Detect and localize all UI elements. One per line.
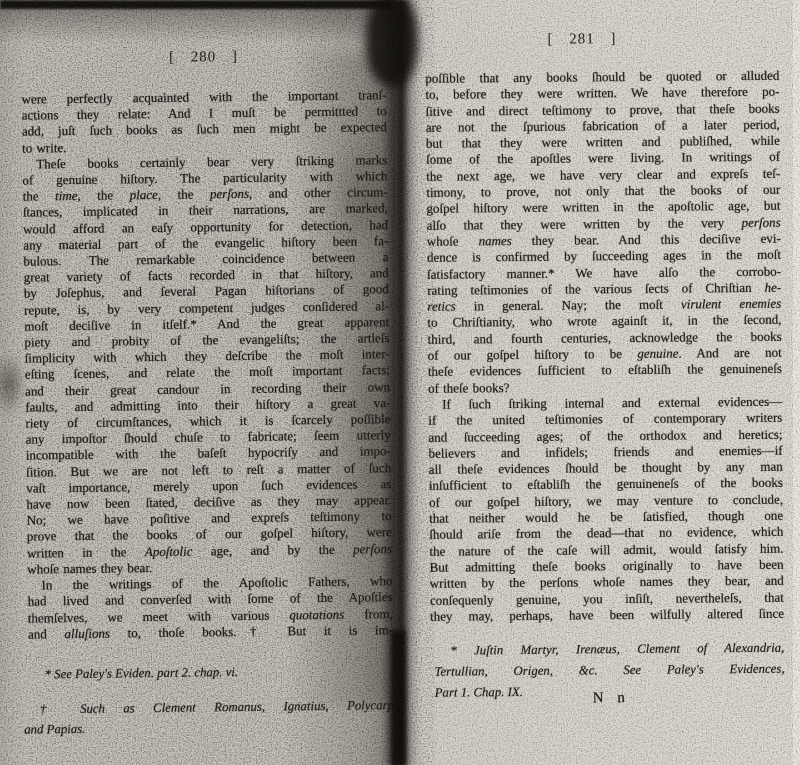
right-page-body: poſſible that any books ſhould be quoted…	[425, 68, 784, 625]
signature-mark: N n	[593, 690, 630, 707]
book-gutter-shadow-bottom	[391, 630, 406, 765]
text-line: Tertullian, Origen, &c. See Paley's Evid…	[434, 659, 784, 683]
right-page-number: [ 281 ]	[417, 30, 747, 50]
book-gutter-shadow-top	[366, 0, 418, 86]
page-right-edge	[793, 0, 800, 765]
book-scan: [ 280 ] were perfectly acquainted with t…	[0, 0, 800, 765]
text-line: they may, perhaps, have been wilfully al…	[430, 605, 784, 624]
page-top-edge-fade	[0, 8, 392, 42]
text-line: theſe evidences ſufficient to eſtabliſh …	[428, 361, 782, 380]
text-line: * Juſtin Martyr, Irenæus, Clement of Ale…	[434, 638, 784, 662]
